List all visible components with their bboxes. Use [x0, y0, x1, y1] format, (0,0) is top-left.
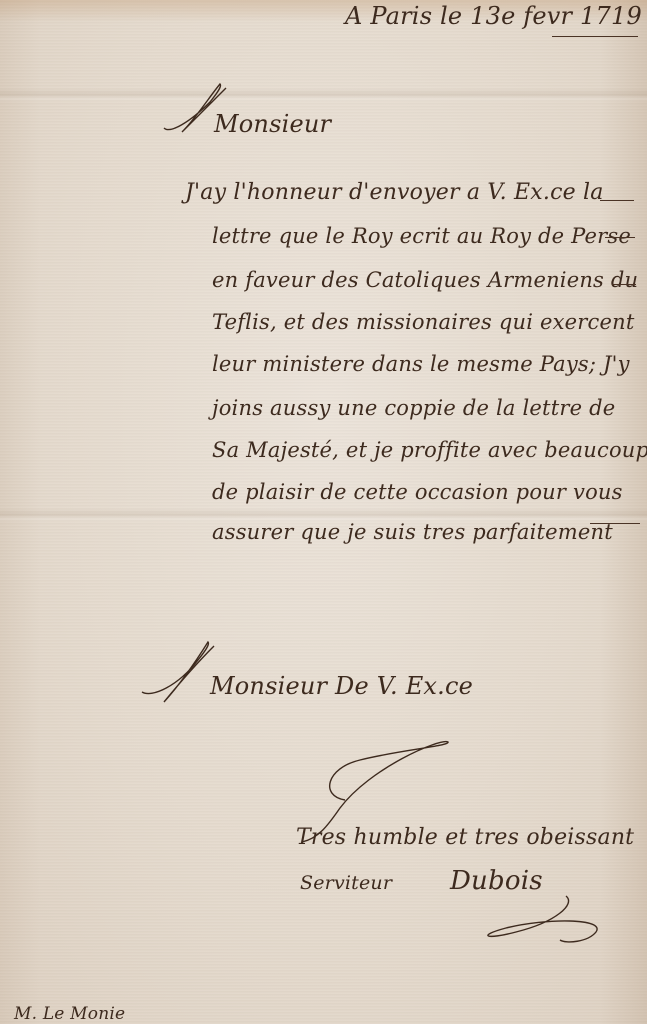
body-line-2: lettre que le Roy ecrit au Roy de Perse: [212, 224, 631, 248]
body-line-7: Sa Majesté, et je proffite avec beaucoup: [212, 438, 647, 462]
dateline: A Paris le 13e fevr 1719: [345, 2, 642, 30]
body-line-1: J'ay l'honneur d'envoyer a V. Ex.ce la: [185, 180, 604, 205]
body-line-3: en faveur des Catoliques Armeniens du: [212, 268, 638, 292]
signature-flourish-icon: [476, 892, 616, 948]
footer-note: M. Le Monie: [14, 1004, 125, 1024]
line-filler-stroke: [612, 284, 636, 285]
body-line-8: de plaisir de cette occasion pour vous: [212, 480, 623, 504]
line-filler-stroke: [600, 200, 634, 201]
body-line-4: Teflis, et des missionaires qui exercent: [212, 310, 634, 334]
addressee: Monsieur De V. Ex.ce: [210, 672, 473, 700]
line-filler-stroke: [605, 237, 635, 238]
body-line-9: assurer que je suis tres parfaitement: [212, 520, 613, 544]
body-line-6: joins aussy une coppie de la lettre de: [212, 396, 615, 420]
dateline-underline: [552, 36, 638, 37]
addressee-flourish-icon: [138, 640, 218, 710]
servant-word: Serviteur: [300, 872, 392, 894]
paper-fold-crease: [0, 88, 647, 102]
body-line-5: leur ministere dans le mesme Pays; J'y: [212, 352, 630, 376]
salutation: Monsieur: [214, 110, 331, 138]
closing-line: Tres humble et tres obeissant: [296, 825, 634, 850]
line-filler-stroke: [590, 523, 640, 524]
letter-page: A Paris le 13e fevr 1719 Monsieur J'ay l…: [0, 0, 647, 1024]
